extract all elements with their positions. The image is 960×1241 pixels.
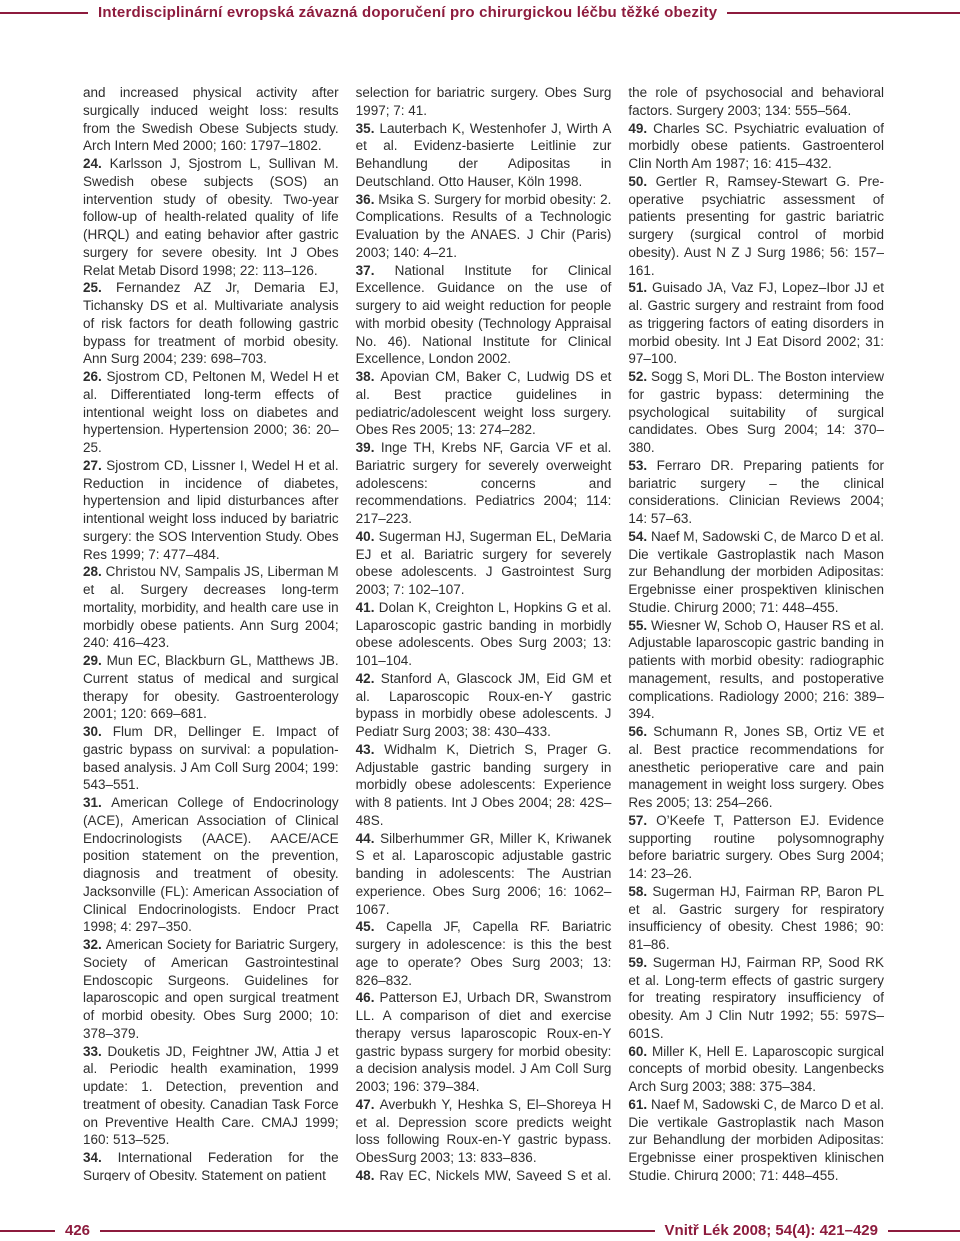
reference-number: 54.	[628, 529, 651, 544]
reference-text: Dolan K, Creighton L, Hopkins G et al. L…	[356, 600, 612, 668]
reference-text: Sugerman HJ, Fairman RP, Baron PL et al.…	[628, 884, 884, 952]
footer-rule-right	[888, 1230, 960, 1232]
reference-number: 27.	[83, 458, 106, 473]
reference-entry: 41. Dolan K, Creighton L, Hopkins G et a…	[356, 599, 612, 670]
reference-entry: 55. Wiesner W, Schob O, Hauser RS et al.…	[628, 617, 884, 724]
reference-number: 32.	[83, 937, 106, 952]
reference-text: Capella JF, Capella RF. Bariatric surger…	[356, 919, 612, 987]
reference-entry: 46. Patterson EJ, Urbach DR, Swanstrom L…	[356, 989, 612, 1096]
reference-text: National Institute for Clinical Excellen…	[356, 263, 612, 367]
reference-entry: 24. Karlsson J, Sjostrom L, Sullivan M. …	[83, 155, 339, 279]
reference-number: 42.	[356, 671, 381, 686]
reference-entry: 38. Apovian CM, Baker C, Ludwig DS et al…	[356, 368, 612, 439]
reference-entry: 43. Widhalm K, Dietrich S, Prager G. Adj…	[356, 741, 612, 830]
reference-entry: 26. Sjostrom CD, Peltonen M, Wedel H et …	[83, 368, 339, 457]
reference-number: 53.	[628, 458, 656, 473]
reference-text: Sjostrom CD, Lissner I, Wedel H et al. R…	[83, 458, 339, 562]
reference-entry: selection for bariatric surgery. Obes Su…	[356, 84, 612, 120]
reference-entry: 50. Gertler R, Ramsey-Stewart G. Pre-ope…	[628, 173, 884, 280]
reference-entry: 25. Fernandez AZ Jr, Demaria EJ, Tichans…	[83, 279, 339, 368]
reference-text: Ray EC, Nickels MW, Sayeed S et al. Pred…	[356, 1168, 612, 1181]
reference-text: Mun EC, Blackburn GL, Matthews JB. Curre…	[83, 653, 339, 721]
reference-column-2: selection for bariatric surgery. Obes Su…	[356, 84, 612, 1181]
reference-text: Naef M, Sadowski C, de Marco D et al. Di…	[628, 1097, 884, 1181]
reference-number: 37.	[356, 263, 395, 278]
reference-number: 41.	[356, 600, 379, 615]
reference-number: 61.	[628, 1097, 651, 1112]
reference-entry: 47. Averbukh Y, Heshka S, El–Shoreya H e…	[356, 1096, 612, 1167]
footer-rule-middle	[100, 1230, 655, 1232]
reference-entry: 30. Flum DR, Dellinger E. Impact of gast…	[83, 723, 339, 794]
reference-text: International Federation for the Surgery…	[83, 1150, 339, 1181]
reference-entry: 34. International Federation for the Sur…	[83, 1149, 339, 1181]
reference-number: 25.	[83, 280, 116, 295]
reference-number: 35.	[356, 121, 380, 136]
reference-number: 52.	[628, 369, 651, 384]
reference-text: Averbukh Y, Heshka S, El–Shoreya H et al…	[356, 1097, 612, 1165]
reference-text: Sogg S, Mori DL. The Boston interview fo…	[628, 369, 884, 455]
reference-entry: the role of psychosocial and behavioral …	[628, 84, 884, 120]
reference-number: 50.	[628, 174, 655, 189]
reference-entry: 57. O’Keefe T, Patterson EJ. Evidence su…	[628, 812, 884, 883]
reference-entry: 37. National Institute for Clinical Exce…	[356, 262, 612, 369]
reference-text: Apovian CM, Baker C, Ludwig DS et al. Be…	[356, 369, 612, 437]
reference-text: American College of Endocrinology (ACE),…	[83, 795, 339, 934]
reference-entry: 31. American College of Endocrinology (A…	[83, 794, 339, 936]
reference-number: 60.	[628, 1044, 652, 1059]
reference-number: 59.	[628, 955, 652, 970]
reference-number: 38.	[356, 369, 381, 384]
reference-entry: 60. Miller K, Hell E. Laparoscopic surgi…	[628, 1043, 884, 1096]
reference-text: Sjostrom CD, Peltonen M, Wedel H et al. …	[83, 369, 339, 455]
reference-number: 29.	[83, 653, 107, 668]
reference-number: 43.	[356, 742, 385, 757]
reference-text: Sugerman HJ, Sugerman EL, DeMaria EJ et …	[356, 529, 612, 597]
reference-entry: 54. Naef M, Sadowski C, de Marco D et al…	[628, 528, 884, 617]
reference-entry: 48. Ray EC, Nickels MW, Sayeed S et al. …	[356, 1167, 612, 1181]
reference-entry: 58. Sugerman HJ, Fairman RP, Baron PL et…	[628, 883, 884, 954]
page-number: 426	[55, 1222, 100, 1239]
reference-entry: 61. Naef M, Sadowski C, de Marco D et al…	[628, 1096, 884, 1181]
reference-entry: 36. Msika S. Surgery for morbid obesity:…	[356, 191, 612, 262]
reference-text: and increased physical activity after su…	[83, 85, 339, 153]
reference-text: Karlsson J, Sjostrom L, Sullivan M. Swed…	[83, 156, 339, 278]
reference-number: 58.	[628, 884, 652, 899]
reference-text: Ferraro DR. Preparing patients for baria…	[628, 458, 884, 526]
reference-number: 57.	[628, 813, 656, 828]
reference-column-1: and increased physical activity after su…	[83, 84, 339, 1181]
reference-entry: 33. Douketis JD, Feightner JW, Attia J e…	[83, 1043, 339, 1150]
reference-entry: 27. Sjostrom CD, Lissner I, Wedel H et a…	[83, 457, 339, 564]
page-footer: 426 Vnitř Lék 2008; 54(4): 421–429	[0, 1222, 960, 1239]
reference-entry: 53. Ferraro DR. Preparing patients for b…	[628, 457, 884, 528]
reference-text: Sugerman HJ, Fairman RP, Sood RK et al. …	[628, 955, 884, 1041]
reference-text: Christou NV, Sampalis JS, Liberman M et …	[83, 564, 339, 650]
reference-text: Stanford A, Glascock JM, Eid GM et al. L…	[356, 671, 612, 739]
reference-number: 56.	[628, 724, 653, 739]
reference-number: 30.	[83, 724, 113, 739]
reference-text: O’Keefe T, Patterson EJ. Evidence suppor…	[628, 813, 884, 881]
reference-number: 28.	[83, 564, 106, 579]
reference-text: Inge TH, Krebs NF, Garcia VF et al. Bari…	[356, 440, 612, 526]
reference-entry: and increased physical activity after su…	[83, 84, 339, 155]
reference-entry: 44. Silberhummer GR, Miller K, Kriwanek …	[356, 830, 612, 919]
header-rule-left	[0, 12, 88, 14]
reference-number: 40.	[356, 529, 379, 544]
reference-entry: 51. Guisado JA, Vaz FJ, Lopez–Ibor JJ et…	[628, 279, 884, 368]
reference-entry: 35. Lauterbach K, Westenhofer J, Wirth A…	[356, 120, 612, 191]
reference-entry: 40. Sugerman HJ, Sugerman EL, DeMaria EJ…	[356, 528, 612, 599]
reference-entry: 28. Christou NV, Sampalis JS, Liberman M…	[83, 563, 339, 652]
reference-text: selection for bariatric surgery. Obes Su…	[356, 85, 612, 118]
reference-entry: 52. Sogg S, Mori DL. The Boston intervie…	[628, 368, 884, 457]
reference-text: Flum DR, Dellinger E. Impact of gastric …	[83, 724, 339, 792]
reference-entry: 56. Schumann R, Jones SB, Ortiz VE et al…	[628, 723, 884, 812]
reference-text: Patterson EJ, Urbach DR, Swanstrom LL. A…	[356, 990, 612, 1094]
reference-entry: 29. Mun EC, Blackburn GL, Matthews JB. C…	[83, 652, 339, 723]
reference-number: 26.	[83, 369, 107, 384]
reference-number: 36.	[356, 192, 379, 207]
reference-text: American Society for Bariatric Surgery, …	[83, 937, 339, 1041]
reference-number: 33.	[83, 1044, 108, 1059]
reference-number: 44.	[356, 831, 380, 846]
reference-text: Msika S. Surgery for morbid obesity: 2. …	[356, 192, 612, 260]
reference-number: 47.	[356, 1097, 380, 1112]
header-rule-right	[727, 12, 960, 14]
reference-number: 45.	[356, 919, 386, 934]
reference-text: Widhalm K, Dietrich S, Prager G. Adjusta…	[356, 742, 612, 828]
reference-number: 24.	[83, 156, 110, 171]
reference-text: Silberhummer GR, Miller K, Kriwanek S et…	[356, 831, 612, 917]
reference-text: Wiesner W, Schob O, Hauser RS et al. Adj…	[628, 618, 884, 722]
reference-number: 31.	[83, 795, 111, 810]
reference-entry: 42. Stanford A, Glascock JM, Eid GM et a…	[356, 670, 612, 741]
reference-text: Naef M, Sadowski C, de Marco D et al. Di…	[628, 529, 884, 615]
reference-entry: 32. American Society for Bariatric Surge…	[83, 936, 339, 1043]
footer-rule-left	[0, 1230, 55, 1232]
running-head-title: Interdisciplinární evropská závazná dopo…	[88, 4, 727, 21]
reference-text: Douketis JD, Feightner JW, Attia J et al…	[83, 1044, 339, 1148]
reference-column-3: the role of psychosocial and behavioral …	[628, 84, 884, 1181]
journal-citation: Vnitř Lék 2008; 54(4): 421–429	[655, 1222, 888, 1239]
reference-text: Charles SC. Psychiatric evaluation of mo…	[628, 121, 884, 172]
reference-entry: 45. Capella JF, Capella RF. Bariatric su…	[356, 918, 612, 989]
reference-number: 34.	[83, 1150, 118, 1165]
reference-number: 51.	[628, 280, 652, 295]
reference-text: Gertler R, Ramsey-Stewart G. Pre-operati…	[628, 174, 884, 278]
reference-entry: 49. Charles SC. Psychiatric evaluation o…	[628, 120, 884, 173]
page-header: Interdisciplinární evropská závazná dopo…	[0, 4, 960, 21]
reference-number: 46.	[356, 990, 380, 1005]
reference-number: 48.	[356, 1168, 380, 1181]
reference-number: 55.	[628, 618, 651, 633]
reference-number: 49.	[628, 121, 653, 136]
reference-entry: 59. Sugerman HJ, Fairman RP, Sood RK et …	[628, 954, 884, 1043]
reference-text: Miller K, Hell E. Laparoscopic surgical …	[628, 1044, 884, 1095]
reference-entry: 39. Inge TH, Krebs NF, Garcia VF et al. …	[356, 439, 612, 528]
reference-list: and increased physical activity after su…	[83, 84, 884, 1181]
reference-text: Schumann R, Jones SB, Ortiz VE et al. Be…	[628, 724, 884, 810]
reference-number: 39.	[356, 440, 381, 455]
reference-text: Lauterbach K, Westenhofer J, Wirth A et …	[356, 121, 612, 189]
reference-text: Fernandez AZ Jr, Demaria EJ, Tichansky D…	[83, 280, 339, 366]
reference-text: Guisado JA, Vaz FJ, Lopez–Ibor JJ et al.…	[628, 280, 884, 366]
reference-text: the role of psychosocial and behavioral …	[628, 85, 884, 118]
